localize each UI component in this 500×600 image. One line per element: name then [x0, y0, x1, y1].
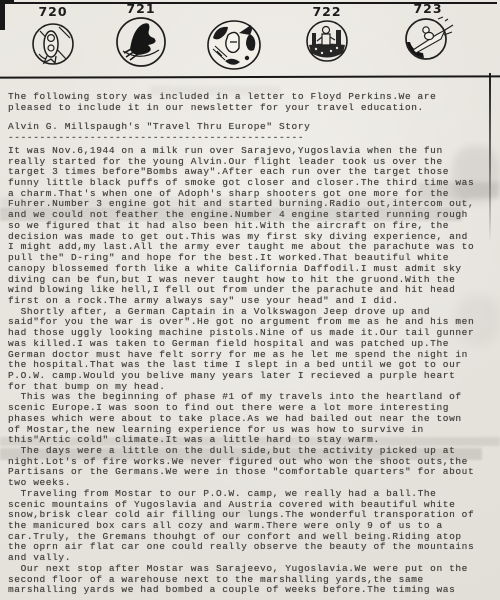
letter-body: The following story was included in a le…	[8, 92, 488, 596]
paragraph-6: Our next stop after Mostar was Sarajeevo…	[8, 564, 488, 596]
paragraph-5: Traveling from Mostar to our P.O.W. camp…	[8, 489, 488, 564]
group-globe-emblem	[205, 18, 263, 72]
black-creature-patch-icon	[114, 15, 168, 69]
paragraph-4: The days were a little on the dull side,…	[8, 446, 488, 489]
figure-city-patch-icon	[304, 18, 350, 64]
globe-knight-patch-icon	[205, 18, 263, 72]
paragraph-2: Shortly after, a German Captain in a Vol…	[8, 307, 488, 393]
intro-note: The following story was included in a le…	[8, 92, 488, 113]
title-underline: ----------------------------------------…	[8, 133, 488, 144]
squadron-stamp-721: 721	[113, 3, 169, 69]
squadron-stamp-720: 720	[30, 6, 76, 66]
paragraph-3: This was the beginning of phase #1 of my…	[8, 392, 488, 446]
stamp-number-721: 721	[113, 3, 169, 15]
top-left-corner-blob	[0, 0, 5, 30]
cherub-bomb-patch-icon	[400, 15, 456, 63]
right-border-line	[489, 73, 491, 243]
stamp-number-722: 722	[304, 6, 350, 18]
bomb-cartoon-patch-icon	[30, 18, 76, 66]
paragraph-1: It was Nov.6,1944 on a milk run over Sar…	[8, 146, 488, 307]
scanned-newsletter-page: 720 721	[0, 0, 500, 600]
top-left-corner-blob2	[0, 0, 14, 4]
squadron-stamp-722: 722	[304, 6, 350, 64]
stamp-number-723: 723	[400, 3, 456, 15]
stamps-divider-line	[0, 75, 500, 78]
squadron-stamp-723: 723	[400, 3, 456, 63]
stamp-number-720: 720	[30, 6, 76, 18]
